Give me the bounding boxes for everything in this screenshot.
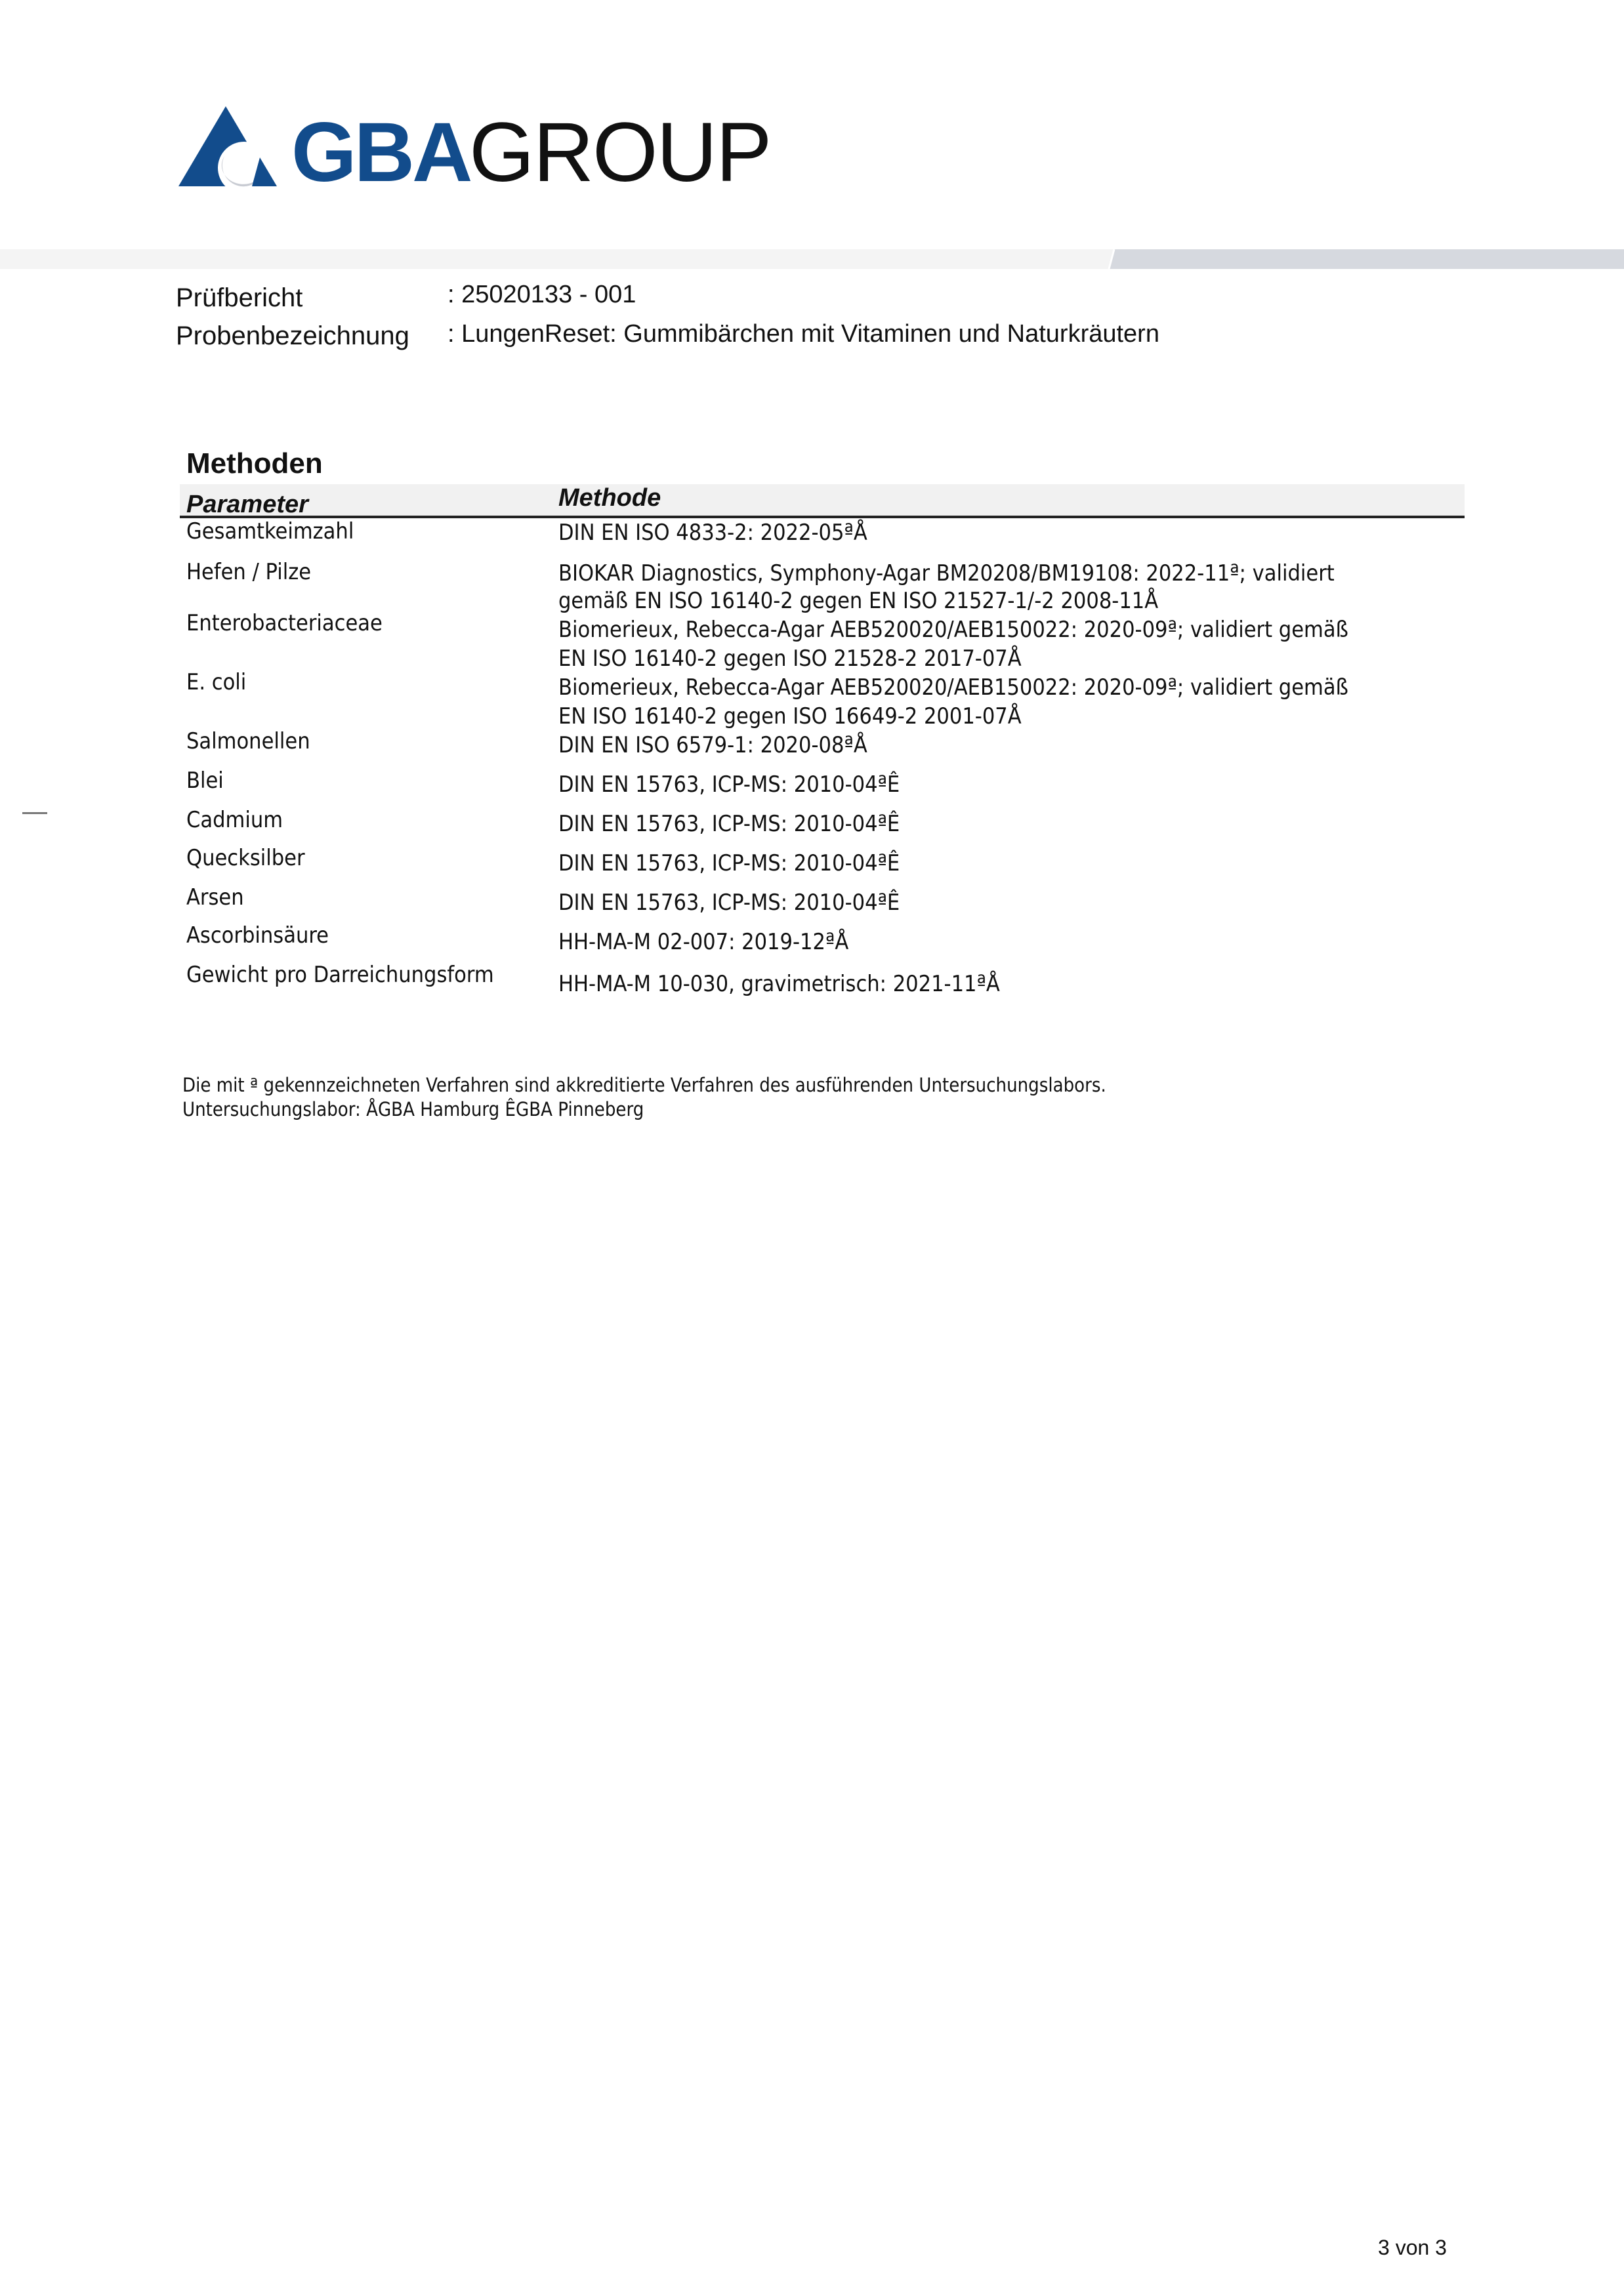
table-row-parameter: Arsen: [186, 883, 244, 912]
pruefbericht-value: : 25020133 - 001: [448, 281, 636, 309]
logo-text-gba: GBA: [291, 110, 470, 195]
table-row-method: Biomerieux, Rebecca-Agar AEB520020/AEB15…: [558, 615, 1348, 644]
table-row-parameter: Cadmium: [186, 806, 283, 834]
methods-title: Methoden: [186, 447, 323, 480]
pruefbericht-label: Prüfbericht: [176, 283, 302, 313]
accreditation-footnote: Die mit ª gekennzeichneten Verfahren sin…: [182, 1073, 1106, 1122]
table-row-method: DIN EN 15763, ICP-MS: 2010-04ªÊ: [558, 888, 900, 917]
table-header: [180, 484, 1465, 518]
table-row-method: DIN EN 15763, ICP-MS: 2010-04ªÊ: [558, 770, 900, 799]
table-row-parameter: Hefen / Pilze: [186, 558, 311, 586]
gba-group-logo: GBA GROUP: [178, 105, 769, 194]
table-row-parameter: Quecksilber: [186, 844, 305, 872]
table-row-parameter: Enterobacteriaceae: [186, 609, 383, 638]
table-row-method: DIN EN ISO 6579-1: 2020-08ªÅ: [558, 731, 867, 760]
probenbezeichnung-value: : LungenReset: Gummibärchen mit Vitamine…: [448, 320, 1159, 348]
table-row-parameter: E. coli: [186, 668, 246, 697]
column-header-methode: Methode: [558, 484, 661, 512]
table-row-parameter: Gewicht pro Darreichungsform: [186, 960, 494, 989]
page-number: 3 von 3: [1378, 2236, 1447, 2260]
table-row-method: EN ISO 16140-2 gegen ISO 16649-2 2001-07…: [558, 702, 1022, 731]
table-row-parameter: Ascorbinsäure: [186, 921, 329, 950]
table-row-method: HH-MA-M 10-030, gravimetrisch: 2021-11ªÅ: [558, 970, 1000, 998]
column-header-parameter: Parameter: [186, 491, 308, 519]
table-row-method: DIN EN ISO 4833-2: 2022-05ªÅ: [558, 518, 867, 547]
table-row-method: Biomerieux, Rebecca-Agar AEB520020/AEB15…: [558, 673, 1348, 702]
header-band: [0, 249, 1624, 269]
table-row-method: DIN EN 15763, ICP-MS: 2010-04ªÊ: [558, 849, 900, 878]
logo-text-group: GROUP: [469, 110, 770, 195]
table-row-method: EN ISO 16140-2 gegen ISO 21528-2 2017-07…: [558, 644, 1022, 673]
probenbezeichnung-label: Probenbezeichnung: [176, 321, 409, 351]
table-row-method: gemäß EN ISO 16140-2 gegen EN ISO 21527-…: [558, 586, 1158, 615]
table-row-parameter: Salmonellen: [186, 727, 310, 756]
table-row-method: BIOKAR Diagnostics, Symphony-Agar BM2020…: [558, 559, 1335, 588]
footnote-line-accredited: Die mit ª gekennzeichneten Verfahren sin…: [182, 1073, 1106, 1097]
table-row-parameter: Blei: [186, 766, 224, 795]
table-row-method: HH-MA-M 02-007: 2019-12ªÅ: [558, 928, 848, 956]
gba-triangle-logo-icon: [178, 105, 277, 194]
table-row-method: DIN EN 15763, ICP-MS: 2010-04ªÊ: [558, 810, 900, 838]
footnote-line-labs: Untersuchungslabor: ÅGBA Hamburg ÊGBA Pi…: [182, 1097, 1106, 1122]
table-row-parameter: Gesamtkeimzahl: [186, 517, 354, 546]
margin-mark: [22, 812, 47, 814]
